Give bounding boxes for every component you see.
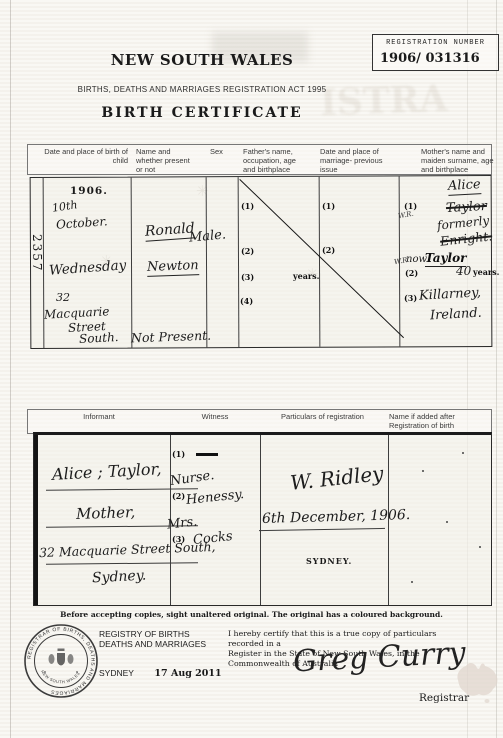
witness-marker-3: (3) — [172, 534, 185, 544]
father-marker-4: (4) — [240, 296, 253, 306]
col-header-particulars: Particulars of registration — [255, 412, 390, 421]
child-surname: Newton — [147, 258, 199, 277]
mother-now-label: now — [406, 254, 427, 265]
col-header-marriage: Date and place of marriage- previous iss… — [320, 147, 390, 174]
marriage-marker-2: (2) — [322, 245, 335, 255]
table-divider — [131, 178, 133, 348]
scan-noise — [411, 581, 413, 583]
page-edge-right — [496, 0, 497, 738]
witness-dash — [196, 453, 218, 456]
col-header-date-place: Date and place of birth of child — [38, 147, 128, 165]
col-header-name-added-line1: Name if added after — [389, 412, 455, 421]
col-header-name: Name and whether present or not — [136, 147, 192, 174]
registration-number-label: REGISTRATION NUMBER — [373, 39, 498, 47]
father-years-label: years. — [293, 271, 319, 281]
table-divider — [206, 177, 208, 347]
col-header-sex: Sex — [210, 147, 234, 156]
marriage-marker-1: (1) — [322, 201, 335, 211]
registration-place: SYDNEY. — [306, 556, 352, 566]
registry-name-line2: DEATHS AND MARRIAGES — [99, 639, 206, 649]
col-header-name-added: Name if added after Registration of birt… — [389, 412, 489, 430]
table-divider — [260, 435, 261, 605]
act-line: BIRTHS, DEATHS AND MARRIAGES REGISTRATIO… — [27, 85, 377, 94]
entry-number: 2357 — [30, 234, 44, 274]
certificate-title: BIRTH CERTIFICATE — [27, 105, 377, 121]
fold-crease — [467, 0, 468, 738]
registry-name: REGISTRY OF BIRTHS DEATHS AND MARRIAGES — [99, 629, 206, 649]
table-divider — [238, 177, 240, 347]
birth-address-number: 32 — [56, 291, 70, 304]
mother-years-label: years. — [473, 267, 499, 277]
issue-line: SYDNEY 17 Aug 2011 — [99, 663, 222, 681]
father-marker-3: (3) — [241, 272, 254, 282]
birth-address-south: South. — [79, 330, 119, 346]
col-header-informant: Informant — [44, 412, 154, 421]
registration-number-value: 1906/ 031316 — [380, 51, 498, 66]
witness-marker-2: (2) — [172, 491, 185, 501]
svg-text:NEW SOUTH WALES: NEW SOUTH WALES — [40, 669, 81, 684]
witness2-title: Mrs. — [166, 514, 198, 532]
scan-noise — [422, 470, 424, 472]
col-header-name-added-line2: Registration of birth — [389, 421, 454, 430]
notice-line: Before accepting copies, sight unaltered… — [30, 610, 473, 619]
registry-seal: REGISTRAR OF BIRTHS, DEATHS AND MARRIAGE… — [22, 622, 100, 700]
witness-marker-1: (1) — [172, 449, 185, 459]
informant-relation: Mother, — [76, 503, 136, 523]
mother-first-name: Alice — [448, 177, 482, 196]
informant-city: Sydney. — [92, 568, 147, 587]
col-header-witness: Witness — [180, 412, 250, 421]
mother-marker-2: (2) — [405, 268, 418, 278]
mother-birthplace-country: Ireland. — [430, 306, 482, 324]
thick-left-border — [34, 435, 38, 605]
col-header-mother: Mother's name and maiden surname, age an… — [421, 147, 503, 174]
scan-noise — [479, 546, 481, 548]
table-divider — [319, 177, 321, 347]
mother-age: 40 — [456, 264, 471, 278]
page-edge-left — [10, 0, 11, 738]
issue-place: SYDNEY — [99, 668, 134, 678]
issue-date: 17 Aug 2011 — [154, 668, 221, 679]
scan-noise — [462, 452, 464, 454]
scan-noise — [446, 521, 448, 523]
state-title: NEW SOUTH WALES — [27, 51, 377, 69]
registry-name-line1: REGISTRY OF BIRTHS — [99, 629, 206, 639]
certificate-page: ISTRA ✳ ✳ ✳ REGISTRATION NUMBER 1906/ 03… — [0, 0, 503, 738]
seal-bottom-text: NEW SOUTH WALES — [40, 669, 81, 684]
col-header-father: Father's name, occupation, age and birth… — [243, 147, 307, 174]
mother-marker-3: (3) — [404, 293, 417, 303]
coat-of-arms — [44, 649, 78, 674]
registration-number-box: REGISTRATION NUMBER 1906/ 031316 — [372, 34, 499, 71]
present-or-not: Not Present. — [131, 328, 212, 346]
father-marker-2: (2) — [241, 246, 254, 256]
birth-year: 1906. — [70, 185, 108, 197]
australia-map-watermark — [451, 660, 503, 706]
father-marker-1: (1) — [241, 201, 254, 211]
